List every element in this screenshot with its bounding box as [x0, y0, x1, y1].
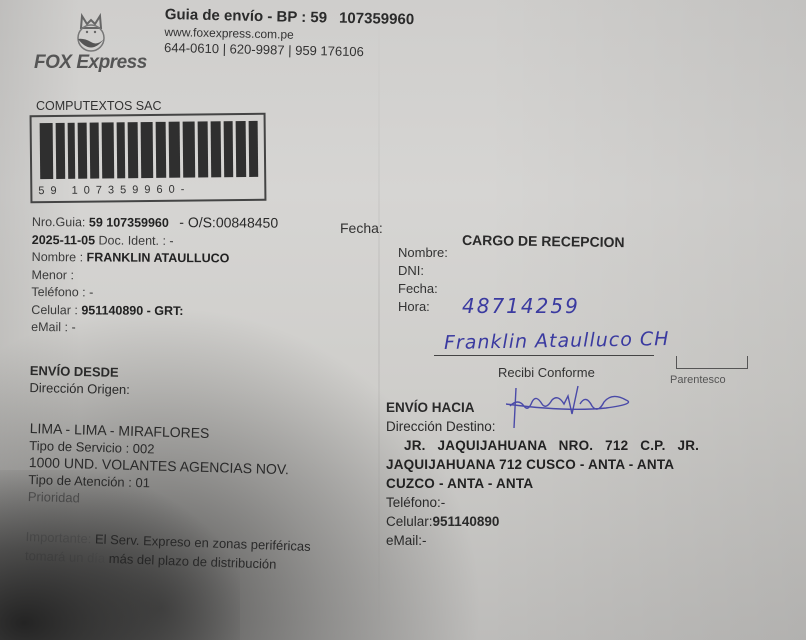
- hacia-email: eMail:-: [386, 531, 699, 550]
- nro-guia-value: 59 107359960: [89, 215, 169, 230]
- guide-header: Guia de envío - BP : 59107359960 www.fox…: [164, 6, 414, 60]
- email-label: eMail :: [31, 320, 68, 334]
- menor-label: Menor :: [32, 267, 74, 281]
- parentesco-field: [676, 356, 748, 369]
- guide-title: Guia de envío - BP : 59: [165, 6, 328, 26]
- signature-line: [434, 355, 654, 356]
- barcode-bars: [40, 121, 259, 179]
- fox-express-logo: FOX Express: [30, 8, 155, 78]
- nombre-value: FRANKLIN ATAULLUCO: [87, 250, 230, 265]
- nombre-label: Nombre :: [32, 250, 84, 264]
- cargo-hora-label: Hora:: [398, 298, 448, 316]
- recibi-conforme-label: Recibi Conforme: [498, 365, 595, 380]
- paper-fold: [378, 0, 380, 640]
- os-value: 00848450: [216, 214, 278, 230]
- address-line-3: CUZCO - ANTA - ANTA: [386, 474, 699, 493]
- envio-hacia-title: ENVÍO HACIA: [386, 398, 699, 417]
- envio-desde-title: ENVÍO DESDE: [30, 362, 131, 381]
- telefono-label: Teléfono :: [31, 285, 85, 299]
- cargo-fecha-label: Fecha:: [398, 280, 448, 298]
- cargo-nombre-label: Nombre:: [398, 244, 448, 262]
- fox-logo-icon: [70, 12, 112, 54]
- handwritten-dni: 48714259: [462, 294, 580, 318]
- envio-desde: ENVÍO DESDE Dirección Origen:: [29, 362, 130, 398]
- brand-name: FOX Express: [34, 52, 147, 74]
- shipment-info: Nro.Guia: 59 107359960 - O/S:00848450 20…: [31, 213, 278, 338]
- doc-ident-label: Doc. Ident. :: [99, 233, 167, 247]
- address-line-2: JAQUIJAHUANA 712 CUSCO - ANTA - ANTA: [386, 455, 699, 474]
- direccion-origen-label: Dirección Origen:: [29, 379, 130, 398]
- cargo-title: CARGO DE RECEPCION: [462, 232, 625, 250]
- os-label: - O/S:: [179, 214, 216, 230]
- fecha-label: Fecha:: [340, 220, 383, 236]
- hacia-telefono: Teléfono:-: [386, 493, 699, 512]
- photo-shadow: [0, 470, 240, 640]
- barcode: 59 107359960-: [30, 113, 267, 203]
- sender-company: COMPUTEXTOS SAC: [36, 99, 161, 113]
- nro-guia-label: Nro.Guia:: [32, 215, 86, 229]
- address-line-1: JR. JAQUIJAHUANA NRO. 712 C.P. JR.: [386, 436, 699, 455]
- date-value: 2025-11-05: [32, 232, 95, 246]
- handwritten-name: Franklin Ataulluco CH: [444, 328, 670, 354]
- parentesco-label: Parentesco: [670, 374, 726, 386]
- direccion-destino-label: Dirección Destino:: [386, 417, 699, 436]
- telefono-value: -: [89, 285, 93, 299]
- cargo-dni-label: DNI:: [398, 262, 448, 280]
- celular-label: Celular :: [31, 302, 78, 316]
- celular-value: 951140890 - GRT:: [81, 303, 183, 318]
- envio-hacia: ENVÍO HACIA Dirección Destino: JR. JAQUI…: [386, 398, 699, 550]
- doc-ident-value: -: [169, 233, 173, 247]
- guide-number: 107359960: [339, 10, 414, 29]
- hacia-celular-label: Celular:: [386, 514, 433, 529]
- email-value: -: [71, 320, 75, 334]
- hacia-celular-value: 951140890: [433, 514, 500, 529]
- barcode-digits: 59 107359960-: [38, 183, 258, 197]
